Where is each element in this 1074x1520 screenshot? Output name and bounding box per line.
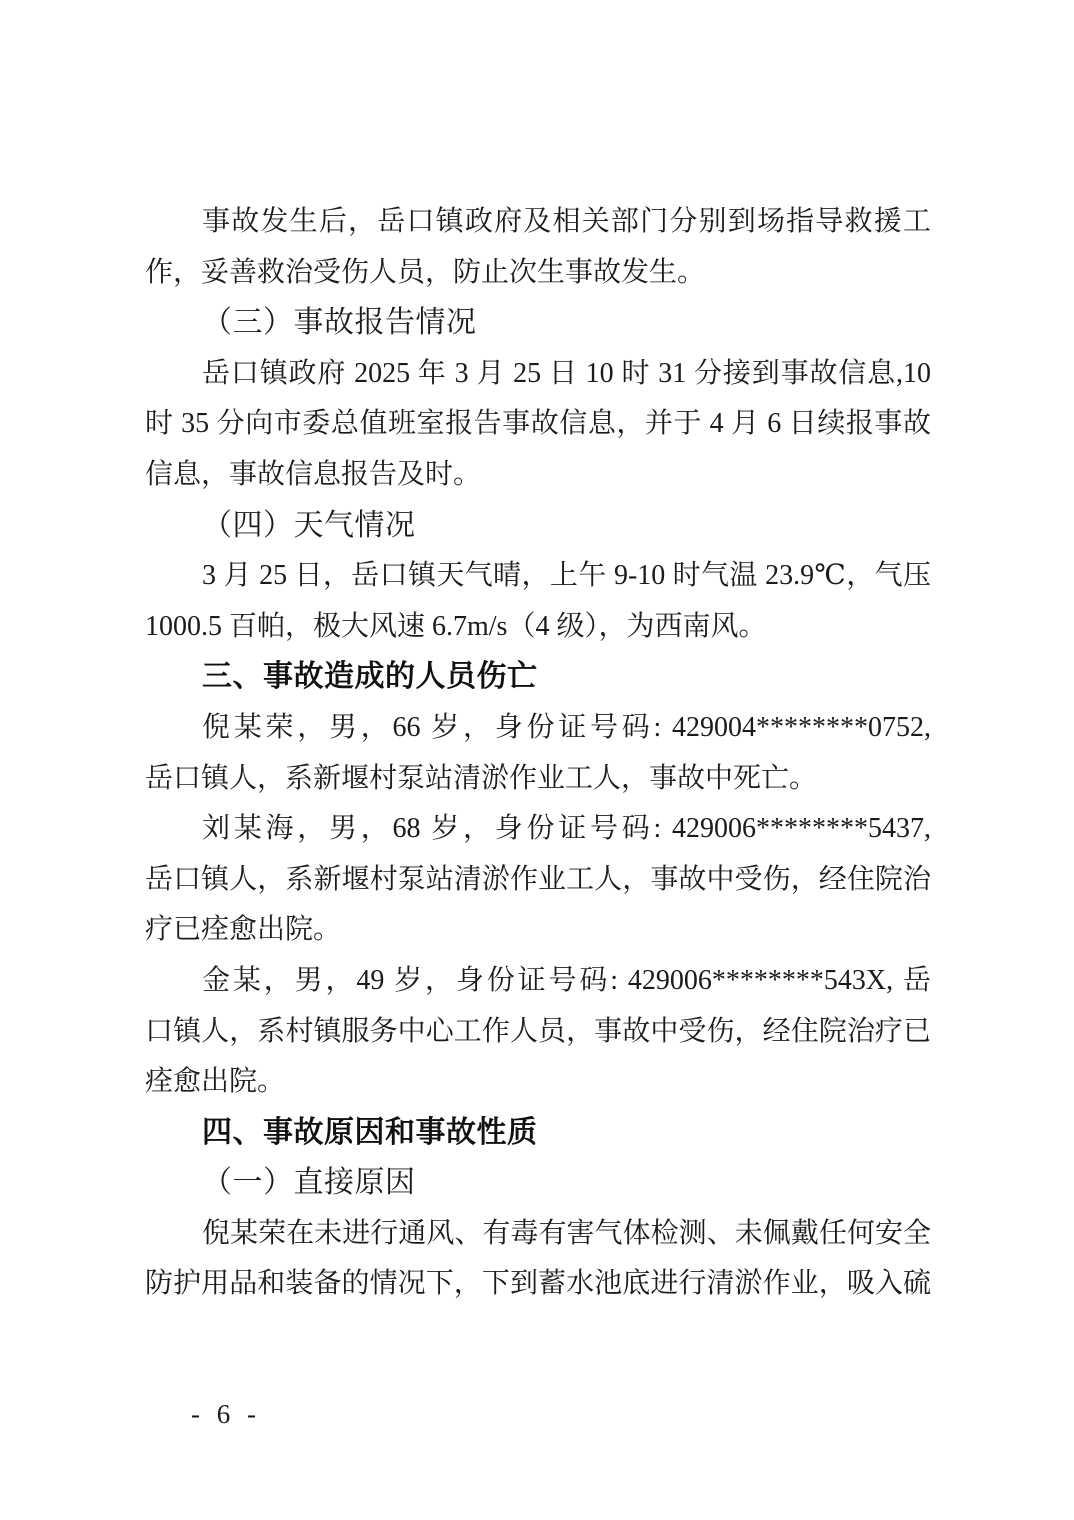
paragraph-line: 岳口镇人，系新堰村泵站清淤作业工人，事故中死亡。 bbox=[145, 754, 931, 805]
section-heading: 三、事故造成的人员伤亡 bbox=[145, 652, 931, 703]
paragraph-line: 口镇人，系村镇服务中心工作人员，事故中受伤，经住院治疗已 bbox=[145, 1007, 931, 1058]
page-number: - 6 - bbox=[191, 1393, 261, 1435]
paragraph-line: 时 35 分向市委总值班室报告事故信息，并于 4 月 6 日续报事故 bbox=[145, 399, 931, 450]
paragraph-line: 刘某海，男，68 岁，身份证号码: 429006********5437, bbox=[145, 804, 931, 855]
paragraph-line: 倪某荣在未进行通风、有毒有害气体检测、未佩戴任何安全 bbox=[145, 1209, 931, 1260]
paragraph-line: 信息，事故信息报告及时。 bbox=[145, 450, 931, 501]
paragraph-line: 倪某荣，男，66 岁，身份证号码: 429004********0752, bbox=[145, 703, 931, 754]
subsection-heading: （一）直接原因 bbox=[145, 1158, 931, 1209]
paragraph-line: 痊愈出院。 bbox=[145, 1057, 931, 1108]
section-heading: 四、事故原因和事故性质 bbox=[145, 1108, 931, 1159]
subsection-heading: （四）天气情况 bbox=[145, 501, 931, 552]
document-body: 事故发生后，岳口镇政府及相关部门分别到场指导救援工 作，妥善救治受伤人员，防止次… bbox=[145, 197, 931, 1310]
paragraph-line: 3 月 25 日，岳口镇天气晴，上午 9-10 时气温 23.9℃，气压 bbox=[145, 551, 931, 602]
subsection-heading: （三）事故报告情况 bbox=[145, 298, 931, 349]
paragraph-line: 岳口镇政府 2025 年 3 月 25 日 10 时 31 分接到事故信息,10 bbox=[145, 349, 931, 400]
paragraph-line: 金某，男，49 岁，身份证号码: 429006********543X, 岳 bbox=[145, 956, 931, 1007]
document-page: 事故发生后，岳口镇政府及相关部门分别到场指导救援工 作，妥善救治受伤人员，防止次… bbox=[0, 0, 1074, 1520]
paragraph-line: 1000.5 百帕，极大风速 6.7m/s（4 级），为西南风。 bbox=[145, 602, 931, 653]
paragraph-line: 岳口镇人，系新堰村泵站清淤作业工人，事故中受伤，经住院治 bbox=[145, 855, 931, 906]
paragraph-line: 作，妥善救治受伤人员，防止次生事故发生。 bbox=[145, 248, 931, 299]
paragraph-line: 事故发生后，岳口镇政府及相关部门分别到场指导救援工 bbox=[145, 197, 931, 248]
paragraph-line: 防护用品和装备的情况下，下到蓄水池底进行清淤作业，吸入硫 bbox=[145, 1259, 931, 1310]
paragraph-line: 疗已痊愈出院。 bbox=[145, 905, 931, 956]
